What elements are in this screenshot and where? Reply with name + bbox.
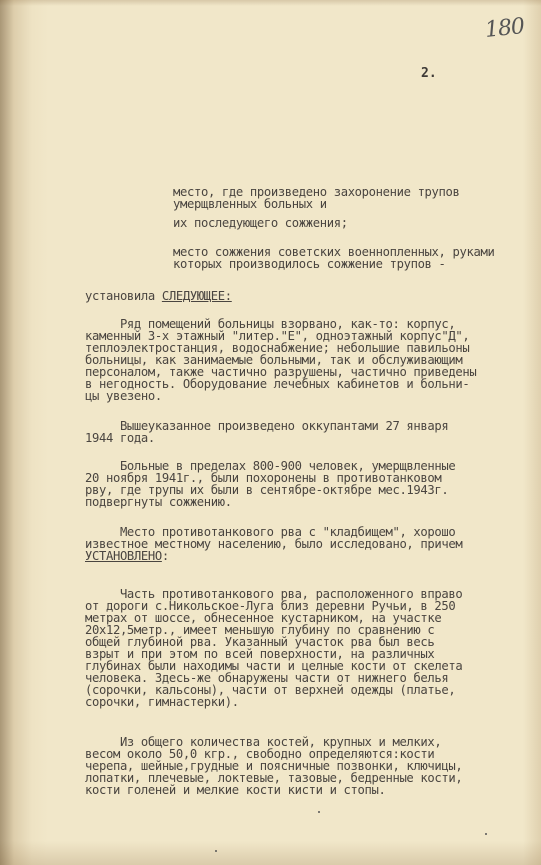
paper-speck <box>485 833 487 835</box>
document-page: 180 2. место, где произведено захоронени… <box>0 0 541 865</box>
intro-line: их последующего сожжения; <box>173 217 348 229</box>
page-number: 2. <box>421 66 437 81</box>
paragraph-line: УСТАНОВЛЕНО: <box>85 550 169 562</box>
established-emphasis: СЛЕДУЮЩЕЕ: <box>162 289 232 303</box>
paragraph-line: 1944 года. <box>85 432 155 444</box>
paper-speck <box>215 850 217 852</box>
established-line: установила СЛЕДУЮЩЕЕ: <box>85 290 232 302</box>
established-prefix: установила <box>85 289 162 303</box>
paper-speck <box>318 811 320 813</box>
archive-page-number: 180 <box>484 14 525 43</box>
established-emphasis-2: УСТАНОВЛЕНО <box>85 549 162 563</box>
paragraph-line: подвергнуты сожжению. <box>85 496 232 508</box>
paragraph-line: сорочки, гимнастерки). <box>85 696 239 708</box>
colon: : <box>162 549 169 563</box>
intro-line: которых производилось сожжение трупов - <box>173 258 446 270</box>
paragraph-line: цы увезено. <box>85 390 162 402</box>
intro-line: умерщвленных больных и <box>173 198 327 210</box>
paragraph-line: кости голеней и мелкие кости кисти и сто… <box>85 784 385 796</box>
